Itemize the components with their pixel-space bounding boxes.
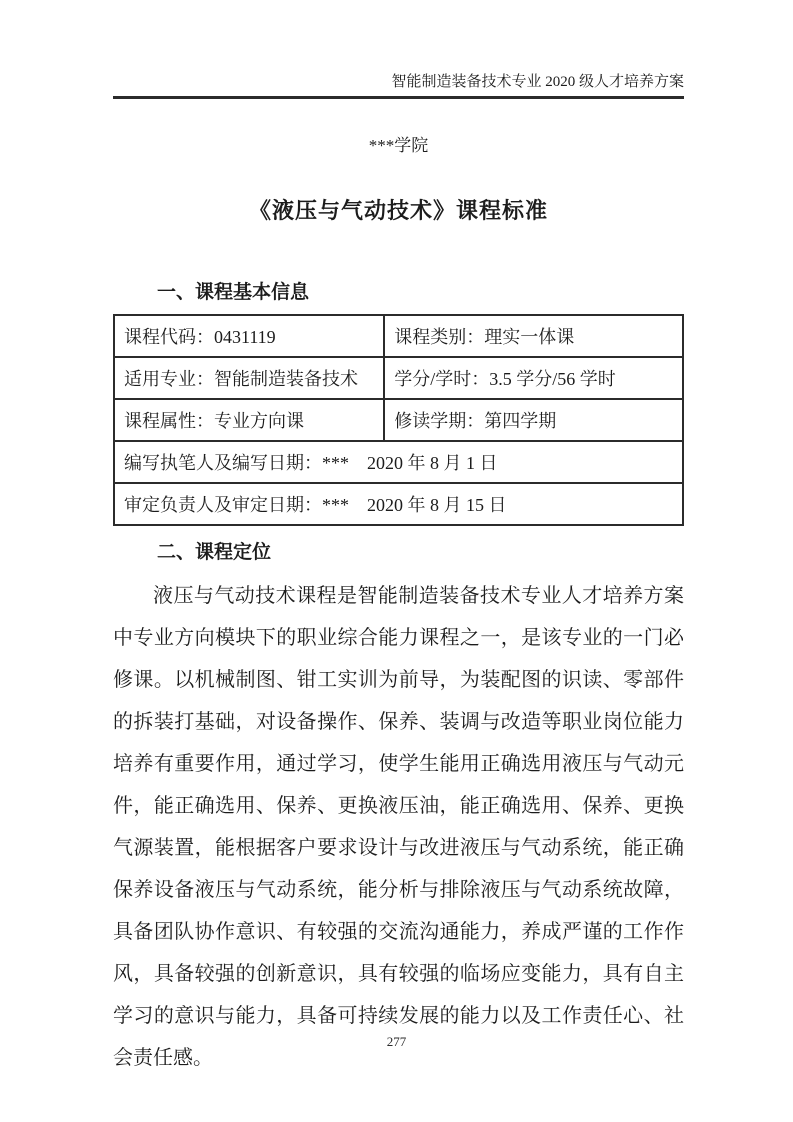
header-divider-rule: [113, 96, 684, 99]
school-name: ***学院: [113, 135, 684, 157]
document-page: 智能制造装备技术专业 2020 级人才培养方案 ***学院 《液压与气动技术》课…: [0, 0, 793, 1122]
table-row: 课程代码：0431119 课程类别：理实一体课: [114, 315, 683, 357]
course-info-table: 课程代码：0431119 课程类别：理实一体课 适用专业：智能制造装备技术 学分…: [113, 314, 684, 526]
cell-reviewer-date: 审定负责人及审定日期：*** 2020 年 8 月 15 日: [114, 483, 683, 525]
cell-course-code: 课程代码：0431119: [114, 315, 384, 357]
table-row: 适用专业：智能制造装备技术 学分/学时：3.5 学分/56 学时: [114, 357, 683, 399]
page-content: 智能制造装备技术专业 2020 级人才培养方案 ***学院 《液压与气动技术》课…: [113, 0, 684, 1079]
running-header: 智能制造装备技术专业 2020 级人才培养方案: [113, 0, 684, 92]
table-row: 课程属性：专业方向课 修读学期：第四学期: [114, 399, 683, 441]
section-heading-course-position: 二、课程定位: [113, 541, 684, 565]
cell-author-date: 编写执笔人及编写日期：*** 2020 年 8 月 1 日: [114, 441, 683, 483]
table-row: 审定负责人及审定日期：*** 2020 年 8 月 15 日: [114, 483, 683, 525]
table-row: 编写执笔人及编写日期：*** 2020 年 8 月 1 日: [114, 441, 683, 483]
document-title: 《液压与气动技术》课程标准: [113, 197, 684, 225]
cell-study-semester: 修读学期：第四学期: [384, 399, 683, 441]
cell-course-attribute: 课程属性：专业方向课: [114, 399, 384, 441]
section-heading-basic-info: 一、课程基本信息: [113, 281, 684, 305]
course-position-paragraph: 液压与气动技术课程是智能制造装备技术专业人才培养方案中专业方向模块下的职业综合能…: [113, 575, 684, 1079]
cell-applicable-major: 适用专业：智能制造装备技术: [114, 357, 384, 399]
cell-course-category: 课程类别：理实一体课: [384, 315, 683, 357]
page-number: 277: [0, 1034, 793, 1050]
cell-credits-hours: 学分/学时：3.5 学分/56 学时: [384, 357, 683, 399]
